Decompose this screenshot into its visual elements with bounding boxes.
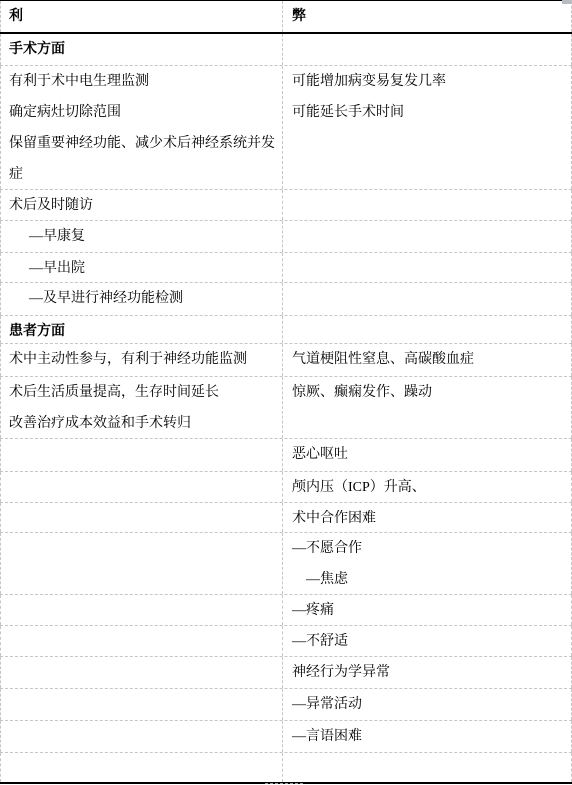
cell-drawback [283,253,572,282]
cell-drawback: —言语困难 [283,721,572,752]
cell-drawback: 术中合作困难 [283,503,572,532]
cell-paragraph: 术后生活质量提高，生存时间延长 [9,377,278,408]
table-row: 神经行为学异常 [0,657,572,689]
table-row: —不愿合作—焦虑 [0,533,572,595]
cell-drawback [283,190,572,220]
table-row: 患者方面 [0,316,572,344]
table-row: 恶心呕吐 [0,439,572,472]
cell-drawback: 恶心呕吐 [283,439,572,471]
table-row: 术中合作困难 [0,503,572,533]
cell-paragraph: —不愿合作 [292,533,567,564]
header-cell-cons: 弊 [283,1,572,32]
cell-benefit [0,595,283,625]
cell-drawback: —疼痛 [283,595,572,625]
cell-benefit [0,689,283,720]
table-row: 有利于术中电生理监测确定病灶切除范围保留重要神经功能、减少术后神经系统并发症可能… [0,66,572,190]
cell-drawback: 可能增加病变易复发几率可能延长手术时间 [283,66,572,189]
cell-paragraph: 术后及时随访 [9,190,278,220]
cell-paragraph: 惊厥、癫痫发作、躁动 [292,377,567,408]
cell-paragraph: 颅内压（ICP）升高、 [292,472,567,502]
table-row: —疼痛 [0,595,572,626]
cell-benefit: 术后生活质量提高，生存时间延长改善治疗成本效益和手术转归 [0,377,283,438]
table-row: —言语困难 [0,721,572,753]
table-header-row: 利 弊 [0,1,572,34]
table-body: 手术方面有利于术中电生理监测确定病灶切除范围保留重要神经功能、减少术后神经系统并… [0,34,572,782]
table-row: —早出院 [0,253,572,283]
header-cell-pros: 利 [0,1,283,32]
cell-benefit: 术中主动性参与，有利于神经功能监测 [0,344,283,376]
cell-drawback [283,34,572,65]
cell-benefit: —早出院 [0,253,283,282]
cell-paragraph: —疼痛 [292,595,567,625]
scrollbar-artifact [562,0,572,4]
cell-drawback: —异常活动 [283,689,572,720]
cell-paragraph: —异常活动 [292,689,567,720]
cell-drawback [283,316,572,343]
section-heading: 患者方面 [9,316,278,343]
cell-paragraph: 可能延长手术时间 [292,97,567,128]
cell-benefit [0,721,283,752]
cell-paragraph: 术中合作困难 [292,503,567,532]
cell-paragraph: 改善治疗成本效益和手术转归 [9,408,278,438]
cell-benefit [0,626,283,656]
table-handle-artifact [265,783,303,784]
table-row: 术后生活质量提高，生存时间延长改善治疗成本效益和手术转归惊厥、癫痫发作、躁动 [0,377,572,439]
cell-drawback [283,283,572,315]
table-row: 手术方面 [0,34,572,66]
cell-drawback: —不愿合作—焦虑 [283,533,572,594]
cell-benefit: 有利于术中电生理监测确定病灶切除范围保留重要神经功能、减少术后神经系统并发症 [0,66,283,189]
cell-paragraph: —早康复 [9,221,278,252]
cell-paragraph: 术中主动性参与，有利于神经功能监测 [9,344,278,375]
cell-benefit [0,439,283,471]
table-row: —异常活动 [0,689,572,721]
document-page: 利 弊 手术方面有利于术中电生理监测确定病灶切除范围保留重要神经功能、减少术后神… [0,0,572,785]
pros-cons-table: 利 弊 手术方面有利于术中电生理监测确定病灶切除范围保留重要神经功能、减少术后神… [0,0,572,784]
cell-paragraph: —及早进行神经功能检测 [9,283,278,314]
cell-drawback [283,221,572,252]
cell-drawback: 气道梗阻性窒息、高碳酸血症 [283,344,572,376]
table-row: —及早进行神经功能检测 [0,283,572,316]
section-heading: 手术方面 [9,34,278,65]
cell-drawback: 颅内压（ICP）升高、 [283,472,572,502]
cell-benefit: —及早进行神经功能检测 [0,283,283,315]
cell-paragraph: 保留重要神经功能、减少术后神经系统并发症 [9,128,278,189]
cell-benefit [0,503,283,532]
cell-drawback: 惊厥、癫痫发作、躁动 [283,377,572,438]
cell-paragraph: 确定病灶切除范围 [9,97,278,128]
cell-drawback: —不舒适 [283,626,572,656]
table-row: —早康复 [0,221,572,253]
header-label-cons: 弊 [292,1,567,32]
cell-paragraph: 可能增加病变易复发几率 [292,66,567,97]
cell-benefit [0,472,283,502]
cell-drawback: 神经行为学异常 [283,657,572,688]
table-row: 术后及时随访 [0,190,572,221]
table-row: —不舒适 [0,626,572,657]
cell-paragraph: 有利于术中电生理监测 [9,66,278,97]
cell-paragraph: —早出院 [9,253,278,282]
table-row: 术中主动性参与，有利于神经功能监测气道梗阻性窒息、高碳酸血症 [0,344,572,377]
header-label-pros: 利 [9,1,278,32]
cell-paragraph: 神经行为学异常 [292,657,567,688]
table-row [0,753,572,782]
table-row: 颅内压（ICP）升高、 [0,472,572,503]
cell-paragraph: —言语困难 [292,721,567,752]
cell-paragraph: 恶心呕吐 [292,439,567,470]
cell-benefit: 患者方面 [0,316,283,343]
cell-paragraph: —焦虑 [292,564,567,594]
cell-benefit: 术后及时随访 [0,190,283,220]
cell-paragraph: 气道梗阻性窒息、高碳酸血症 [292,344,567,375]
cell-benefit [0,657,283,688]
cell-benefit: 手术方面 [0,34,283,65]
cell-benefit: —早康复 [0,221,283,252]
cell-paragraph: —不舒适 [292,626,567,656]
cell-benefit [0,753,283,782]
cell-drawback [283,753,572,782]
cell-benefit [0,533,283,594]
